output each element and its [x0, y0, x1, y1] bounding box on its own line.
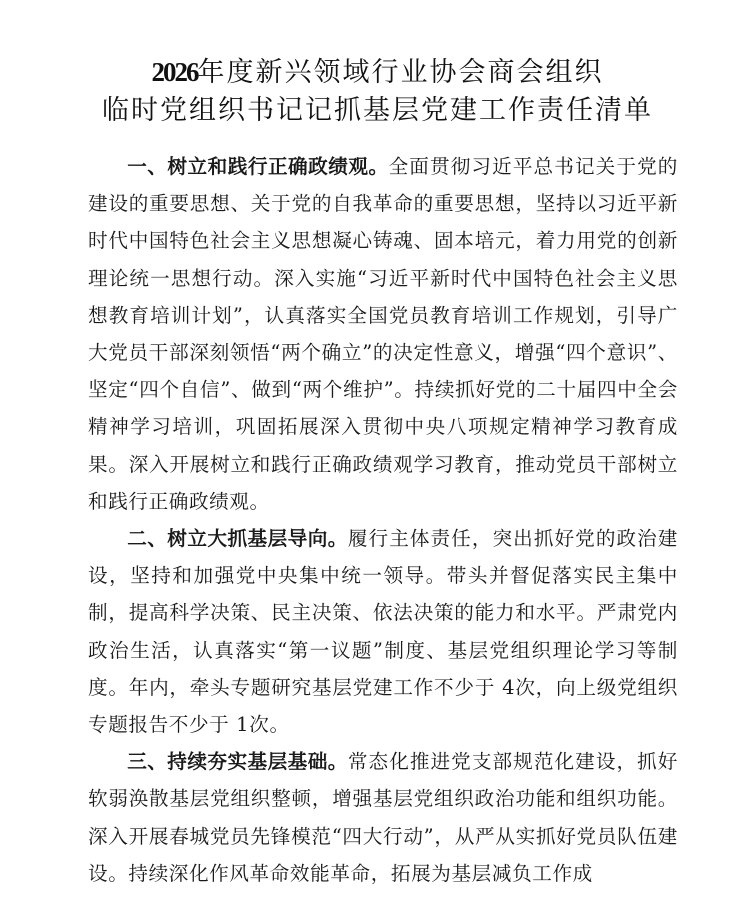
- section-3-heading: 三、持续夯实基层基础。: [127, 750, 348, 773]
- document-body: 一、树立和践行正确政绩观。全面贯彻习近平总书记关于党的建设的重要思想、关于党的自…: [88, 148, 678, 892]
- section-2-heading: 二、树立大抓基层导向。: [127, 527, 348, 550]
- document-title-line-1: 2026年度新兴领域行业协会商会组织: [0, 50, 755, 89]
- section-1-heading: 一、树立和践行正确政绩观。: [127, 155, 388, 178]
- section-1-body: 全面贯彻习近平总书记关于党的建设的重要思想、关于党的自我革命的重要思想，坚持以习…: [88, 155, 678, 513]
- section-1: 一、树立和践行正确政绩观。全面贯彻习近平总书记关于党的建设的重要思想、关于党的自…: [88, 148, 678, 520]
- section-2-body: 履行主体责任，突出抓好党的政治建设，坚持和加强党中央集中统一领导。带头并督促落实…: [88, 527, 678, 736]
- title-line-1-text: 年度新兴领域行业协会商会组织: [198, 57, 604, 88]
- section-2: 二、树立大抓基层导向。履行主体责任，突出抓好党的政治建设，坚持和加强党中央集中统…: [88, 520, 678, 743]
- title-year: 2026: [152, 57, 198, 87]
- document-title-line-2: 临时党组织书记记抓基层党建工作责任清单: [0, 88, 755, 127]
- section-3: 三、持续夯实基层基础。常态化推进党支部规范化建设，抓好软弱涣散基层党组织整顿，增…: [88, 743, 678, 892]
